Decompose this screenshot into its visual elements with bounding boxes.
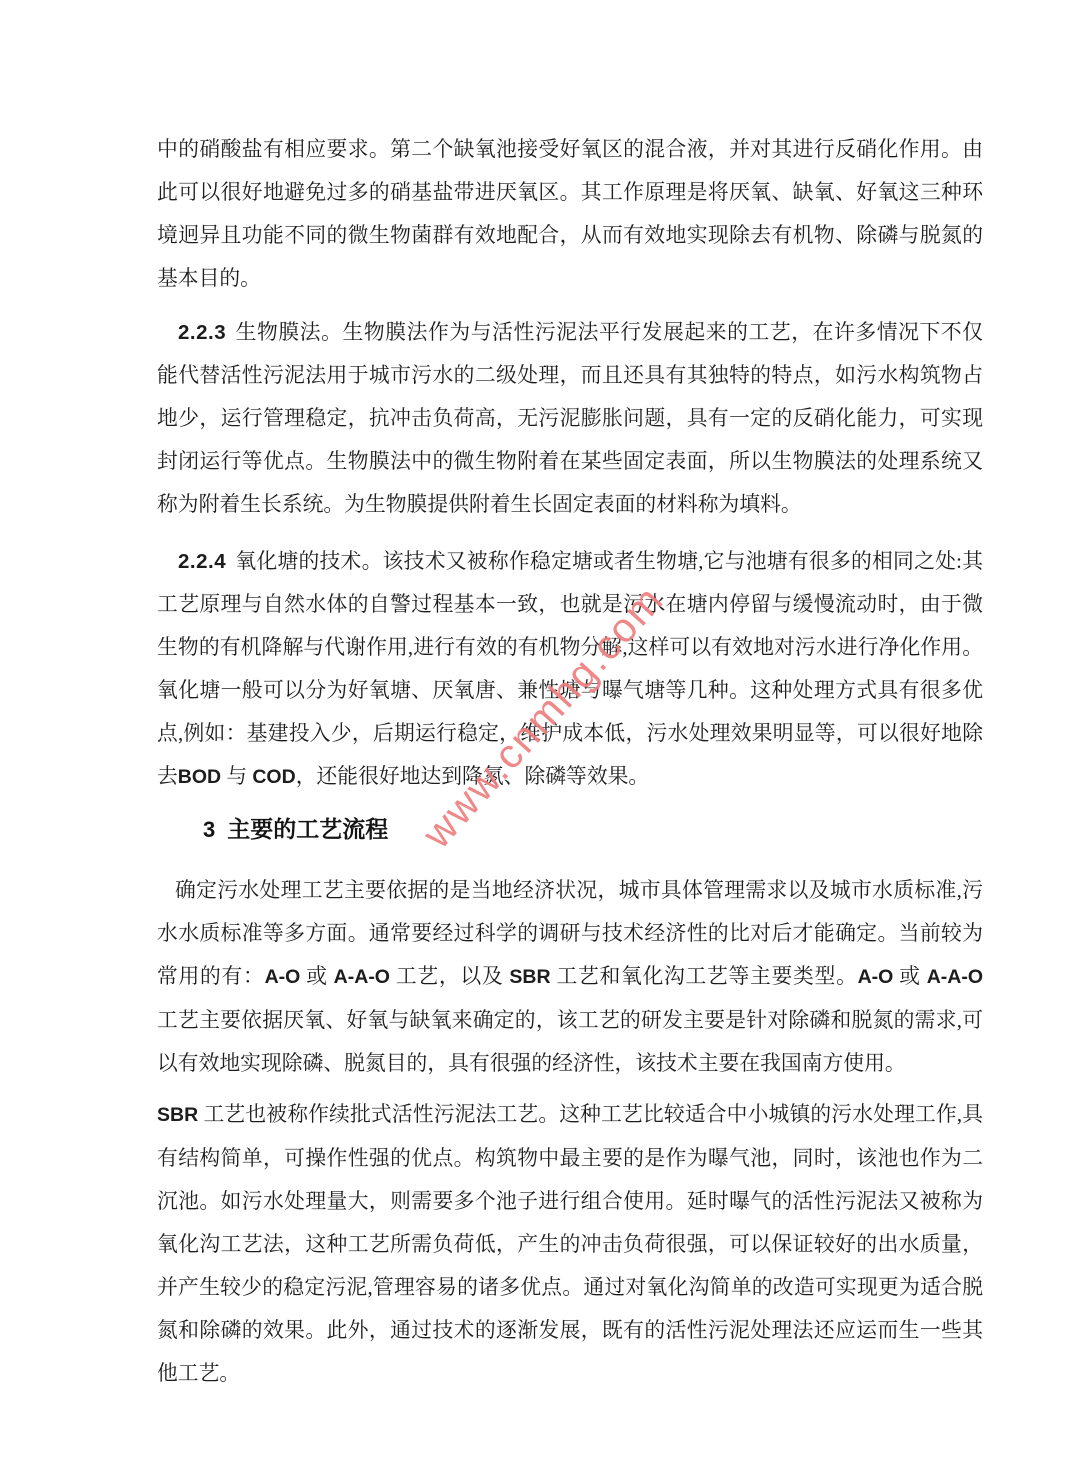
process-text-6: 工艺主要依据厌氧、好氧与缺氧来确定的，该工艺的研发主要是针对除磷和脱氮的需求,可… — [157, 1009, 983, 1075]
section-2-2-4-text-3: ，还能很好地达到降氮、除磷等效果。 — [296, 765, 650, 788]
section-number-2-2-4: 2.2.4 — [178, 550, 226, 573]
process-text-5: 或 — [893, 965, 926, 988]
section-number-2-2-3: 2.2.3 — [178, 321, 226, 344]
process-text-4: 工艺和氧化沟工艺等主要类型。 — [551, 965, 858, 988]
section-2-2-4-text-1: 氧化塘的技术。该技术又被称作稳定塘或者生物塘,它与池塘有很多的相同之处:其工艺原… — [157, 550, 983, 788]
process-text-3: 工艺，以及 — [390, 965, 509, 988]
sbr-text-1: 工艺也被称作续批式活性污泥法工艺。这种工艺比较适合中小城镇的污水处理工作,具有结… — [157, 1103, 983, 1385]
heading-section-3: 3主要的工艺流程 — [157, 807, 983, 853]
paragraph-nitrate-continuation: 中的硝酸盐有相应要求。第二个缺氧池接受好氧区的混合液，并对其进行反硝化作用。由此… — [157, 128, 983, 300]
abbr-cod: COD — [252, 766, 295, 788]
abbr-a-o-1: A-O — [265, 966, 301, 988]
section-2-2-4-text-2: 与 — [221, 765, 252, 788]
abbr-sbr-2: SBR — [157, 1104, 198, 1126]
heading-section-3-number: 3 — [203, 817, 215, 842]
abbr-bod: BOD — [178, 766, 221, 788]
heading-section-3-title: 主要的工艺流程 — [227, 817, 388, 842]
abbr-sbr-1: SBR — [509, 966, 550, 988]
paragraph-section-2-2-3: 2.2.3生物膜法。生物膜法作为与活性污泥法平行发展起来的工艺，在许多情况下不仅… — [157, 311, 983, 526]
abbr-a-a-o-2: A-A-O — [927, 966, 983, 988]
section-2-2-3-text: 生物膜法。生物膜法作为与活性污泥法平行发展起来的工艺，在许多情况下不仅能代替活性… — [157, 321, 983, 516]
document-content: 中的硝酸盐有相应要求。第二个缺氧池接受好氧区的混合液，并对其进行反硝化作用。由此… — [157, 128, 983, 1395]
abbr-a-a-o-1: A-A-O — [334, 966, 390, 988]
abbr-a-o-2: A-O — [858, 966, 894, 988]
document-page: www.cnmhg.com 中的硝酸盐有相应要求。第二个缺氧池接受好氧区的混合液… — [0, 0, 1072, 1458]
paragraph-section-2-2-4: 2.2.4氧化塘的技术。该技术又被称作稳定塘或者生物塘,它与池塘有很多的相同之处… — [157, 540, 983, 799]
process-text-2: 或 — [300, 965, 333, 988]
paragraph-process-selection: 确定污水处理工艺主要依据的是当地经济状况，城市具体管理需求以及城市水质标准,污水… — [157, 869, 983, 1085]
paragraph-nitrate-text: 中的硝酸盐有相应要求。第二个缺氧池接受好氧区的混合液，并对其进行反硝化作用。由此… — [157, 138, 983, 290]
paragraph-sbr-process: SBR 工艺也被称作续批式活性污泥法工艺。这种工艺比较适合中小城镇的污水处理工作… — [157, 1093, 983, 1395]
